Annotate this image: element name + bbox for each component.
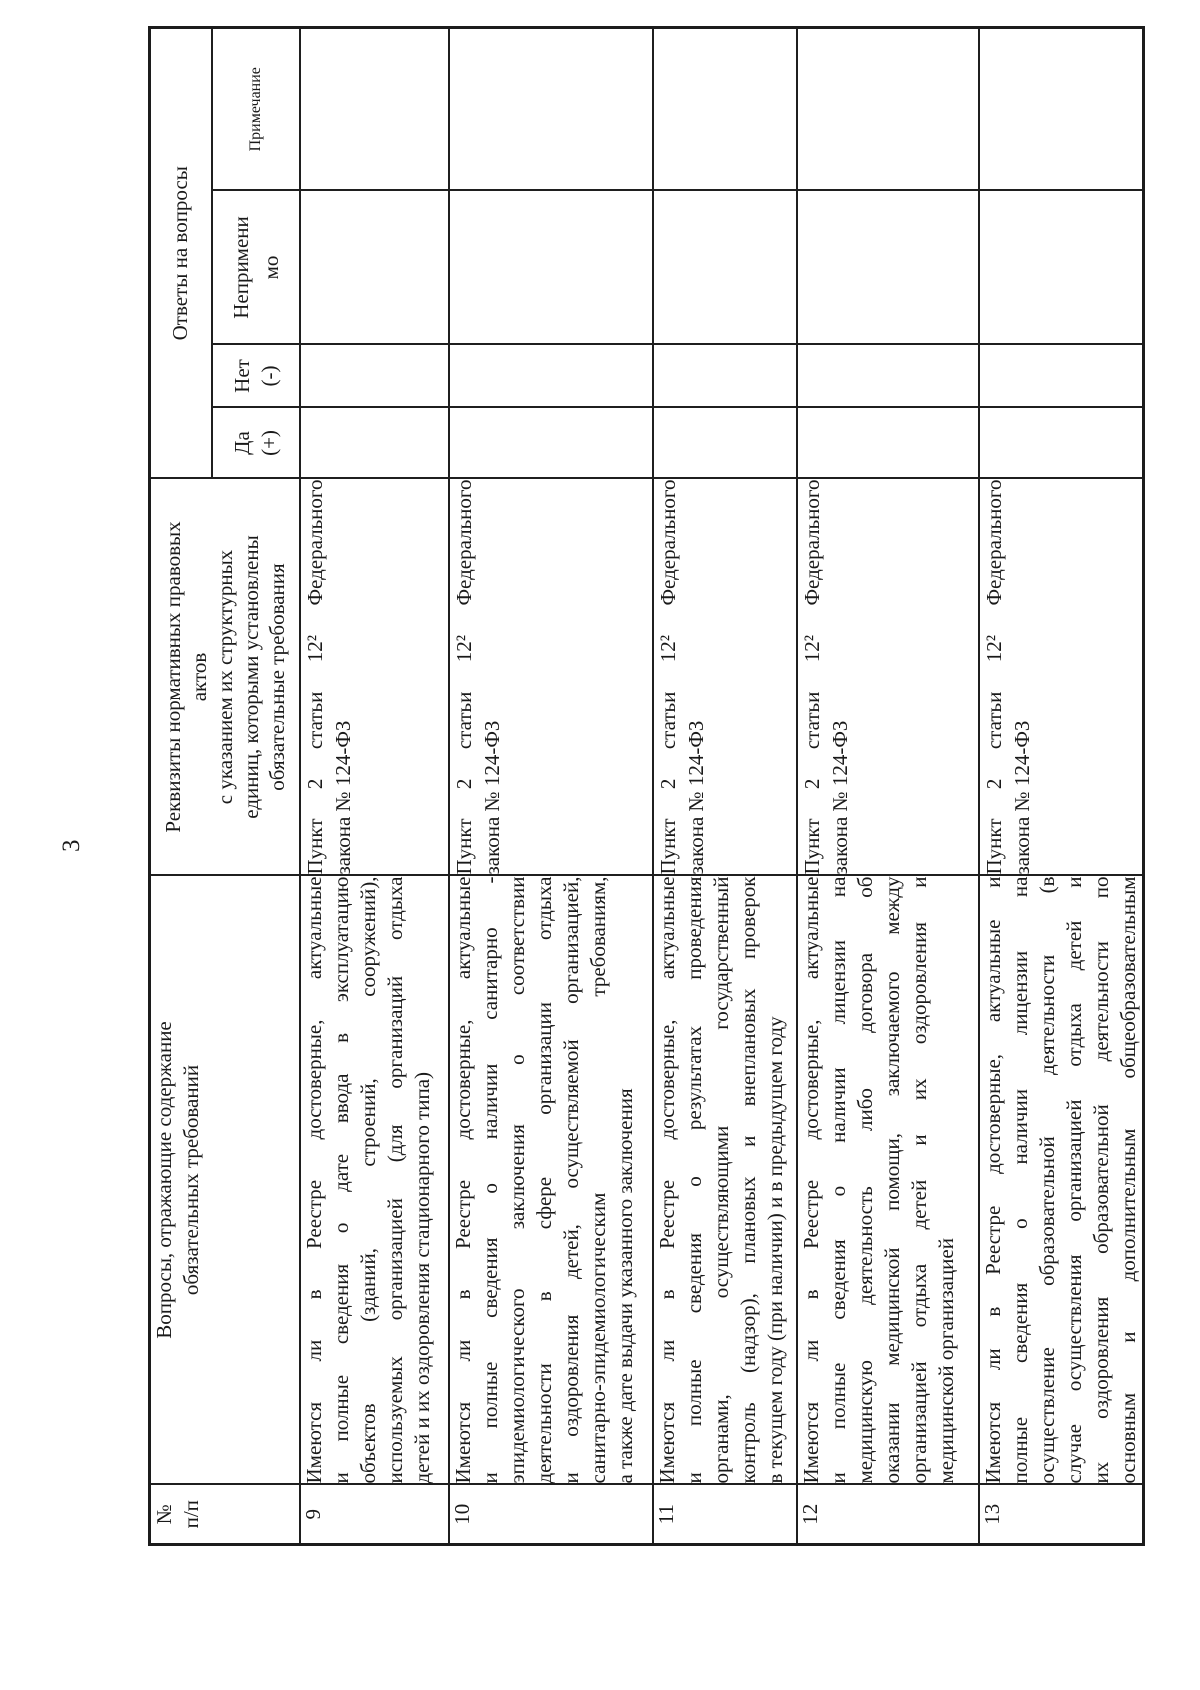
page-number: 3: [58, 840, 86, 853]
text-line: №: [151, 1486, 178, 1544]
text-line: обязательных требований: [178, 877, 205, 1484]
text-line: оказании медицинской помощи, заключаемог…: [879, 877, 906, 1484]
text-line: обязательные требования: [264, 480, 290, 875]
requisite-cell: Пункт 2 статьи 12² Федерального закона №…: [979, 479, 1144, 876]
answer-yes-cell: [979, 408, 1144, 479]
text-line: Пункт 2 статьи 12² Федерального: [654, 480, 682, 875]
row-number-cell: 9: [300, 1485, 449, 1545]
text-line: закона № 124-ФЗ: [826, 480, 854, 875]
text-line: Пункт 2 статьи 12² Федерального: [980, 480, 1008, 875]
header-note: Примечание: [212, 27, 300, 190]
note-cell: [979, 27, 1144, 190]
text-line: эпидемиологического заключения о соответ…: [504, 877, 531, 1484]
text-line: полные сведения о наличии лицензии на: [1007, 877, 1034, 1484]
text-line: объектов (зданий, строений, сооружений),: [355, 877, 382, 1484]
table-row: 9 Имеются ли в Реестре достоверные, акту…: [300, 27, 449, 1544]
text-line: Имеются ли в Реестре достоверные, актуал…: [301, 877, 328, 1484]
answer-no-cell: [797, 345, 979, 408]
text-line: Нет: [229, 346, 256, 407]
text-line: Имеются ли в Реестре достоверные, актуал…: [980, 877, 1007, 1484]
text-line: медицинской организацией: [933, 877, 960, 1484]
answer-yes-cell: [300, 408, 449, 479]
answer-no-cell: [979, 345, 1144, 408]
text-line: контроль (надзор), плановых и внеплановы…: [735, 877, 762, 1484]
answer-no-cell: [653, 345, 797, 408]
answer-na-cell: [797, 191, 979, 345]
text-line: единиц, которыми установлены: [238, 480, 264, 875]
row-number-cell: 11: [653, 1485, 797, 1545]
header-row-group: № п/п Вопросы, отражающие содержание обя…: [150, 27, 212, 1544]
text-line: закона № 124-ФЗ: [478, 480, 506, 875]
text-line: санитарно-эпидемиологическим требованиям…: [585, 877, 612, 1484]
answer-yes-cell: [653, 408, 797, 479]
text-line: используемых организацией (для организац…: [382, 877, 409, 1484]
table-row: 11 Имеются ли в Реестре достоверные, акт…: [653, 27, 797, 1544]
text-line: случае осуществления организацией отдыха…: [1061, 877, 1088, 1484]
table-row: 10 Имеются ли в Реестре достоверные, акт…: [449, 27, 653, 1544]
answer-no-cell: [300, 345, 449, 408]
table-row: 13 Имеются ли в Реестре достоверные, акт…: [979, 27, 1144, 1544]
text-line: Вопросы, отражающие содержание: [151, 877, 178, 1484]
answer-na-cell: [300, 191, 449, 345]
text-line: деятельности в сфере организации отдыха: [531, 877, 558, 1484]
table-row: 12 Имеются ли в Реестре достоверные, акт…: [797, 27, 979, 1544]
text-line: Пункт 2 статьи 12² Федерального: [450, 480, 478, 875]
checklist-table: № п/п Вопросы, отражающие содержание обя…: [148, 26, 1145, 1546]
text-line: Пункт 2 статьи 12² Федерального: [798, 480, 826, 875]
text-line: и полные сведения о наличии санитарно -: [477, 877, 504, 1484]
scanned-document-page: 3 № п/п Вопросы, отражающие содержание о…: [0, 0, 1200, 1690]
row-number-cell: 10: [449, 1485, 653, 1545]
note-cell: [300, 27, 449, 190]
rotated-page-content: 3 № п/п Вопросы, отражающие содержание о…: [0, 0, 1200, 1690]
text-line: актов: [186, 480, 212, 875]
requisite-cell: Пункт 2 статьи 12² Федерального закона №…: [449, 479, 653, 876]
row-number-cell: 13: [979, 1485, 1144, 1545]
question-cell: Имеются ли в Реестре достоверные, актуал…: [979, 876, 1144, 1485]
note-cell: [449, 27, 653, 190]
row-number-cell: 12: [797, 1485, 979, 1545]
text-line: (-): [256, 346, 283, 407]
note-cell: [653, 27, 797, 190]
text-line: закона № 124-ФЗ: [1008, 480, 1036, 875]
text-line: медицинскую деятельность либо договора о…: [852, 877, 879, 1484]
text-line: (+): [256, 409, 283, 478]
question-cell: Имеются ли в Реестре достоверные, актуал…: [300, 876, 449, 1485]
text-line: и полные сведения о наличии лицензии на: [825, 877, 852, 1484]
text-line: с указанием их структурных: [212, 480, 238, 875]
text-line: в текущем году (при наличии) и в предыду…: [762, 877, 789, 1484]
text-line: детей и их оздоровления стационарного ти…: [409, 877, 436, 1484]
text-line: а также дате выдачи указанного заключени…: [612, 877, 639, 1484]
text-line: закона № 124-ФЗ: [682, 480, 710, 875]
text-line: мо: [256, 192, 286, 344]
text-line: и оздоровления детей, осуществляемой орг…: [558, 877, 585, 1484]
text-line: организацией отдыха детей и их оздоровле…: [906, 877, 933, 1484]
text-line: Имеются ли в Реестре достоверные, актуал…: [798, 877, 825, 1484]
question-cell: Имеются ли в Реестре достоверные, актуал…: [797, 876, 979, 1485]
note-cell: [797, 27, 979, 190]
text-line: Непримени: [226, 192, 256, 344]
header-num: № п/п: [150, 1485, 300, 1545]
text-line: их оздоровления образовательной деятельн…: [1088, 877, 1115, 1484]
requisite-cell: Пункт 2 статьи 12² Федерального закона №…: [653, 479, 797, 876]
text-line: и полные сведения о результатах проведен…: [681, 877, 708, 1484]
text-line: п/п: [178, 1486, 205, 1544]
answer-na-cell: [653, 191, 797, 345]
header-requisites: Реквизиты нормативных правовых актов с у…: [150, 479, 300, 876]
text-line: закона № 124-ФЗ: [329, 480, 357, 875]
answer-no-cell: [449, 345, 653, 408]
question-cell: Имеются ли в Реестре достоверные, актуал…: [449, 876, 653, 1485]
text-line: органами, осуществляющими государственны…: [708, 877, 735, 1484]
header-answer-yes: Да (+): [212, 408, 300, 479]
text-line: и полные сведения о дате ввода в эксплуа…: [328, 877, 355, 1484]
answer-yes-cell: [797, 408, 979, 479]
header-questions: Вопросы, отражающие содержание обязатель…: [150, 876, 300, 1485]
header-answers-group: Ответы на вопросы: [150, 27, 212, 478]
text-line: основным и дополнительным общеобразовате…: [1115, 877, 1142, 1484]
text-line: Пункт 2 статьи 12² Федерального: [301, 480, 329, 875]
text-line: Да: [229, 409, 256, 478]
requisite-cell: Пункт 2 статьи 12² Федерального закона №…: [300, 479, 449, 876]
requisite-cell: Пункт 2 статьи 12² Федерального закона №…: [797, 479, 979, 876]
header-answer-na: Непримени мо: [212, 191, 300, 345]
question-cell: Имеются ли в Реестре достоверные, актуал…: [653, 876, 797, 1485]
answer-yes-cell: [449, 408, 653, 479]
answer-na-cell: [449, 191, 653, 345]
text-line: Имеются ли в Реестре достоверные, актуал…: [654, 877, 681, 1484]
text-line: Реквизиты нормативных правовых: [160, 480, 186, 875]
answer-na-cell: [979, 191, 1144, 345]
header-answer-no: Нет (-): [212, 345, 300, 408]
text-line: осуществление образовательной деятельнос…: [1034, 877, 1061, 1484]
text-line: Имеются ли в Реестре достоверные, актуал…: [450, 877, 477, 1484]
